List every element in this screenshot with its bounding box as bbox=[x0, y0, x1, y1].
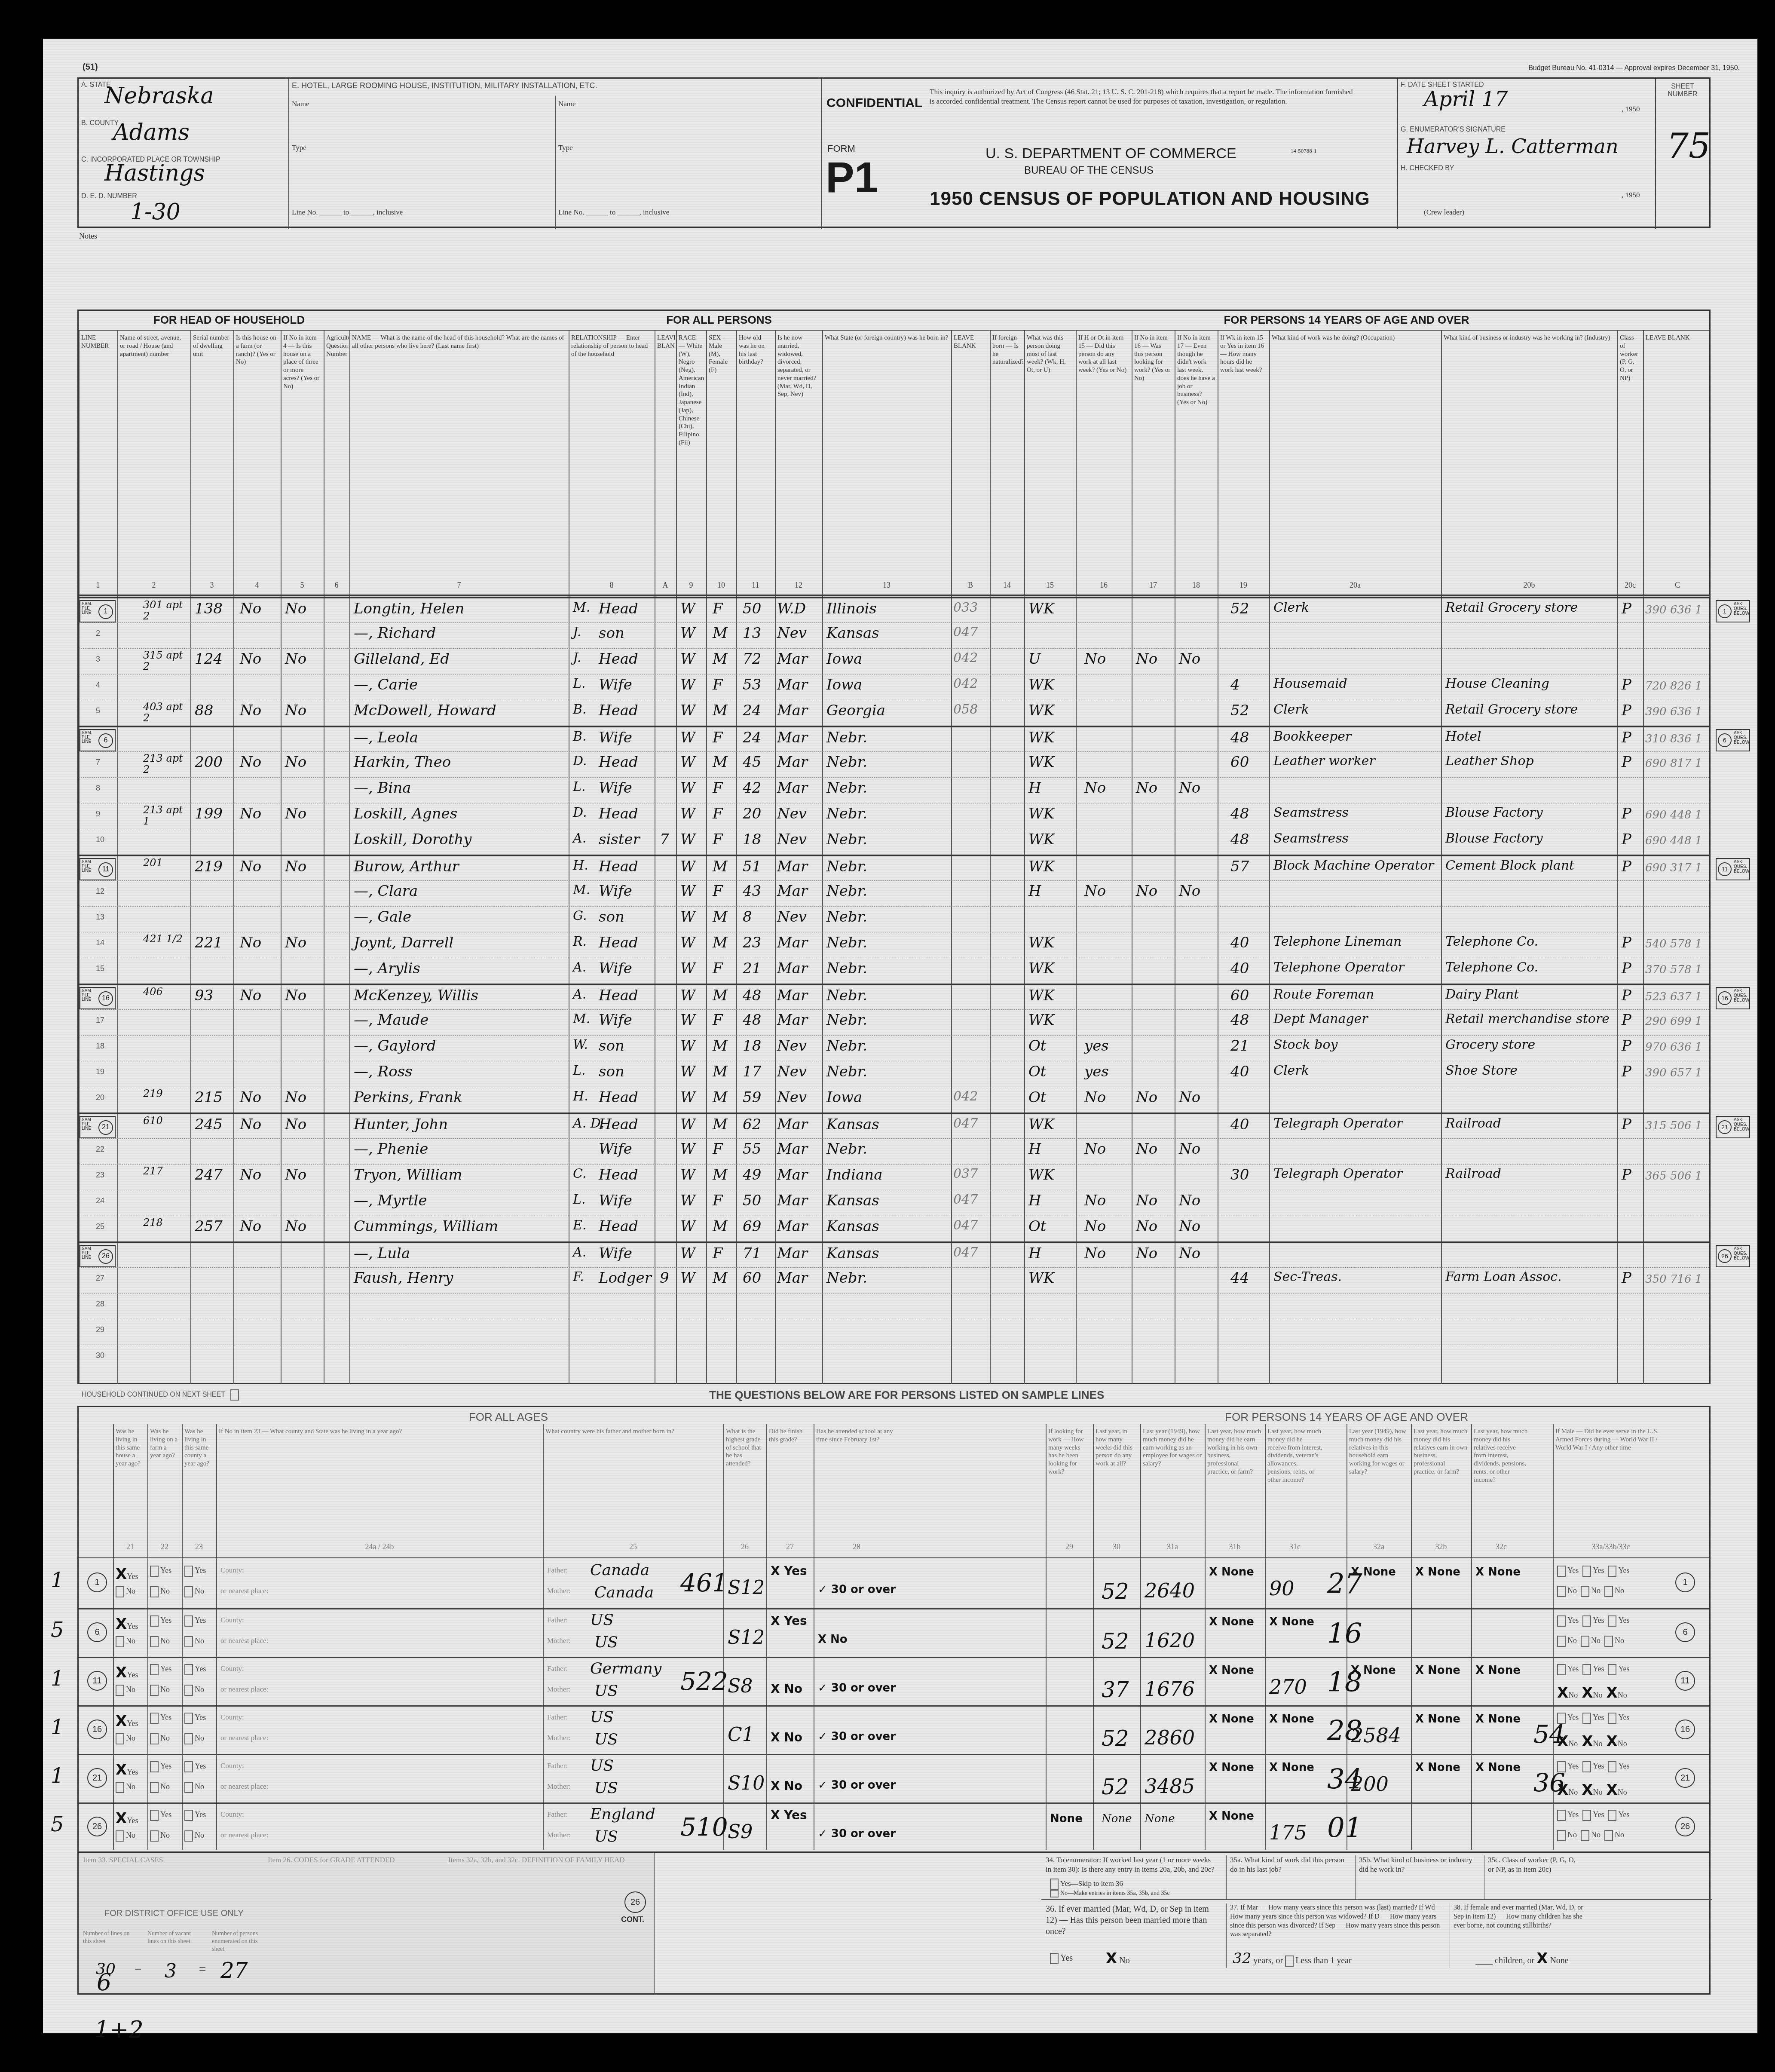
cell-worked[interactable]: No bbox=[1084, 1245, 1106, 1262]
cell-marital[interactable]: Nev bbox=[777, 908, 807, 926]
cell-sex[interactable]: M bbox=[713, 650, 728, 668]
mother-label[interactable]: Mother: bbox=[547, 1830, 571, 1840]
cell-serial[interactable]: 199 bbox=[195, 805, 223, 822]
cell-name[interactable]: —, Gaylord bbox=[354, 1037, 436, 1054]
cell-codes[interactable]: 390 636 1 bbox=[1645, 604, 1702, 616]
cell-activity[interactable]: H bbox=[1028, 883, 1041, 900]
sample-line-row[interactable]: 121XYesNoYesNoYesNoCounty:or nearest pla… bbox=[79, 1754, 1709, 1802]
cell-age[interactable]: 43 bbox=[743, 883, 761, 900]
cell-activity[interactable]: WK bbox=[1028, 1269, 1054, 1287]
cell-marital[interactable]: Mar bbox=[777, 858, 808, 875]
cell-race[interactable]: W bbox=[680, 1116, 695, 1133]
finished-grade-mark[interactable]: X Yes bbox=[771, 1564, 807, 1578]
other-income[interactable]: 270 bbox=[1269, 1675, 1307, 1698]
no-checkbox[interactable]: No bbox=[150, 1830, 170, 1842]
yes-checkbox[interactable]: Yes bbox=[150, 1566, 171, 1577]
cell-relation[interactable]: Head bbox=[599, 600, 638, 617]
cell-race[interactable]: W bbox=[680, 1269, 695, 1287]
cell-activity[interactable]: WK bbox=[1028, 729, 1054, 746]
cell-codes[interactable]: 315 506 1 bbox=[1645, 1119, 1702, 1132]
cell-farm[interactable]: No bbox=[240, 1218, 261, 1235]
cell-initial[interactable]: W. bbox=[573, 1037, 588, 1052]
relatives-other[interactable]: X None bbox=[1475, 1664, 1521, 1677]
cell-race[interactable]: W bbox=[680, 754, 695, 771]
cell-name[interactable]: Cummings, William bbox=[354, 1218, 498, 1235]
armed-forces-checkboxes[interactable]: Yes Yes YesXNo XNo XNo bbox=[1557, 1713, 1669, 1750]
county-label[interactable]: County: bbox=[220, 1615, 244, 1625]
cell-code-b[interactable]: 042 bbox=[953, 1089, 978, 1104]
nearest-place-label[interactable]: or nearest place: bbox=[220, 1733, 268, 1743]
cell-codes[interactable]: 350 716 1 bbox=[1645, 1273, 1702, 1286]
cell-marital[interactable]: Mar bbox=[777, 1140, 808, 1158]
cell-codes[interactable]: 690 317 1 bbox=[1645, 861, 1702, 874]
no-checkbox[interactable]: No bbox=[116, 1586, 135, 1597]
other-income[interactable]: 90 bbox=[1269, 1577, 1295, 1600]
item34-no[interactable]: No—Make entries in items 35a, 35b, and 3… bbox=[1050, 1890, 1170, 1897]
cell-col-a[interactable]: 7 bbox=[660, 831, 669, 848]
cell-hours[interactable]: 60 bbox=[1230, 987, 1249, 1004]
household-continued-checkbox[interactable] bbox=[230, 1389, 239, 1401]
cell-serial[interactable]: 257 bbox=[195, 1218, 223, 1235]
county-label[interactable]: County: bbox=[220, 1664, 244, 1674]
date-started[interactable]: April 17 bbox=[1424, 87, 1508, 111]
cell-worked[interactable]: No bbox=[1084, 1140, 1106, 1158]
cell-occupation[interactable]: Telephone Operator bbox=[1273, 960, 1404, 975]
person-row[interactable]: 15—, ArylisA.WifeWF21MarNebr.WK40Telepho… bbox=[79, 958, 1709, 984]
cell-farm[interactable]: No bbox=[240, 1166, 261, 1183]
cell-sex[interactable]: M bbox=[713, 1166, 728, 1183]
father-birthplace[interactable]: US bbox=[590, 1757, 614, 1775]
cell-codes[interactable]: 690 448 1 bbox=[1645, 834, 1702, 847]
cell-initial[interactable]: F. bbox=[573, 1269, 584, 1284]
cell-class[interactable]: P bbox=[1622, 934, 1631, 951]
cell-industry[interactable]: Shoe Store bbox=[1445, 1063, 1518, 1078]
cell-age[interactable]: 59 bbox=[743, 1089, 761, 1106]
cell-relation[interactable]: Head bbox=[599, 754, 638, 771]
yes-checkbox[interactable]: Yes bbox=[184, 1810, 206, 1821]
cell-age[interactable]: 55 bbox=[743, 1140, 761, 1158]
cell-birthplace[interactable]: Nebr. bbox=[826, 779, 867, 797]
highest-grade[interactable]: S8 bbox=[728, 1675, 753, 1697]
sample-margin-mark[interactable]: 1 bbox=[51, 1715, 64, 1739]
cell-class[interactable]: P bbox=[1622, 1063, 1631, 1080]
cell-name[interactable]: —, Leola bbox=[354, 729, 418, 746]
cell-race[interactable]: W bbox=[680, 1063, 695, 1080]
cell-hours[interactable]: 44 bbox=[1230, 1269, 1249, 1287]
cell-initial[interactable]: G. bbox=[573, 908, 587, 923]
other-income[interactable]: X None bbox=[1269, 1615, 1314, 1628]
item38-none-mark[interactable]: X bbox=[1536, 1950, 1548, 1967]
cell-name[interactable]: —, Richard bbox=[354, 625, 436, 642]
cell-class[interactable]: P bbox=[1622, 754, 1631, 771]
cell-hours[interactable]: 48 bbox=[1230, 831, 1249, 848]
cell-looking[interactable]: No bbox=[1136, 1089, 1157, 1106]
no-checkbox[interactable]: No bbox=[150, 1586, 170, 1597]
cell-sex[interactable]: M bbox=[713, 1116, 728, 1133]
wages-1949[interactable]: 1676 bbox=[1145, 1677, 1195, 1701]
cell-birthplace[interactable]: Iowa bbox=[826, 676, 862, 693]
cell-age[interactable]: 72 bbox=[743, 650, 761, 668]
cell-marital[interactable]: Mar bbox=[777, 883, 808, 900]
cell-birthplace[interactable]: Nebr. bbox=[826, 883, 867, 900]
armed-forces-checkboxes[interactable]: Yes Yes YesNo No No bbox=[1557, 1566, 1669, 1597]
cell-occupation[interactable]: Leather worker bbox=[1273, 754, 1375, 769]
cell-code-b[interactable]: 047 bbox=[953, 1192, 978, 1207]
code-e[interactable]: 510 bbox=[680, 1812, 728, 1842]
cell-occupation[interactable]: Clerk bbox=[1273, 600, 1309, 615]
cell-has-job[interactable]: No bbox=[1179, 1218, 1200, 1235]
cell-hours[interactable]: 40 bbox=[1230, 1063, 1249, 1080]
cell-hours[interactable]: 40 bbox=[1230, 960, 1249, 977]
cell-birthplace[interactable]: Kansas bbox=[826, 625, 879, 642]
cell-worked[interactable]: No bbox=[1084, 883, 1106, 900]
cell-name[interactable]: —, Myrtle bbox=[354, 1192, 427, 1209]
no-checkbox[interactable]: No bbox=[184, 1685, 204, 1696]
no-checkbox[interactable]: No bbox=[150, 1733, 170, 1744]
cell-worked[interactable]: No bbox=[1084, 1218, 1106, 1235]
cell-initial[interactable]: L. bbox=[573, 676, 585, 691]
sample-margin-mark[interactable]: 5 bbox=[51, 1618, 64, 1642]
cell-race[interactable]: W bbox=[680, 1192, 695, 1209]
cell-marital[interactable]: Nev bbox=[777, 1037, 807, 1054]
mother-birthplace[interactable]: US bbox=[594, 1828, 618, 1845]
cell-age[interactable]: 18 bbox=[743, 1037, 761, 1054]
cell-marital[interactable]: Nev bbox=[777, 625, 807, 642]
cell-age[interactable]: 48 bbox=[743, 1011, 761, 1029]
cell-codes[interactable]: 310 836 1 bbox=[1645, 733, 1702, 745]
cell-col-a[interactable]: 9 bbox=[660, 1269, 669, 1287]
item37-answer[interactable]: 32 years, or Less than 1 year bbox=[1233, 1949, 1352, 1968]
cell-birthplace[interactable]: Georgia bbox=[826, 702, 885, 719]
cell-sex[interactable]: M bbox=[713, 1269, 728, 1287]
cell-initial[interactable]: C. bbox=[573, 1166, 586, 1181]
cell-race[interactable]: W bbox=[680, 883, 695, 900]
cell-relation[interactable]: Head bbox=[599, 702, 638, 719]
person-row[interactable]: 22—, PhenieWifeWF55MarNebr.HNoNoNo bbox=[79, 1138, 1709, 1164]
cell-sex[interactable]: M bbox=[713, 1089, 728, 1106]
cell-marital[interactable]: Mar bbox=[777, 1218, 808, 1235]
cell-sex[interactable]: M bbox=[713, 702, 728, 719]
cell-age[interactable]: 17 bbox=[743, 1063, 761, 1080]
cell-class[interactable]: P bbox=[1622, 1116, 1631, 1133]
yes-checkbox[interactable]: Yes bbox=[150, 1761, 171, 1772]
cell-house[interactable]: 201 bbox=[143, 857, 190, 868]
wages-1949[interactable]: 2640 bbox=[1145, 1579, 1195, 1602]
nearest-place-label[interactable]: or nearest place: bbox=[220, 1782, 268, 1791]
cell-marital[interactable]: Mar bbox=[777, 702, 808, 719]
person-row[interactable]: 7213 apt 2200NoNoHarkin, TheoD.HeadWM45M… bbox=[79, 751, 1709, 777]
cell-name[interactable]: Hunter, John bbox=[354, 1116, 448, 1133]
cell-class[interactable]: P bbox=[1622, 987, 1631, 1004]
cell-class[interactable]: P bbox=[1622, 729, 1631, 746]
cell-birthplace[interactable]: Nebr. bbox=[826, 858, 867, 875]
cell-acres[interactable]: No bbox=[285, 858, 306, 875]
cell-class[interactable]: P bbox=[1622, 676, 1631, 693]
code-e[interactable]: 461 bbox=[680, 1568, 728, 1597]
cell-activity[interactable]: WK bbox=[1028, 702, 1054, 719]
cell-name[interactable]: —, Carie bbox=[354, 676, 418, 693]
cell-birthplace[interactable]: Nebr. bbox=[826, 831, 867, 848]
cell-activity[interactable]: Ot bbox=[1028, 1089, 1047, 1106]
finished-grade-mark[interactable]: X Yes bbox=[771, 1808, 807, 1822]
no-checkbox[interactable]: No bbox=[150, 1685, 170, 1696]
cell-farm[interactable]: No bbox=[240, 805, 261, 822]
cell-age[interactable]: 24 bbox=[743, 729, 761, 746]
cell-has-job[interactable]: No bbox=[1179, 1140, 1200, 1158]
item37-years[interactable]: 32 bbox=[1233, 1950, 1251, 1967]
cell-initial[interactable]: J. bbox=[573, 650, 581, 665]
cell-sex[interactable]: F bbox=[713, 779, 723, 797]
cell-activity[interactable]: H bbox=[1028, 1140, 1041, 1158]
cell-industry[interactable]: Grocery store bbox=[1445, 1037, 1535, 1052]
cell-acres[interactable]: No bbox=[285, 754, 306, 771]
yes-checkbox[interactable]: Yes bbox=[184, 1761, 206, 1772]
cell-codes[interactable]: 720 826 1 bbox=[1645, 680, 1702, 693]
person-row[interactable]: SAM-PLELINE21610245NoNoHunter, JohnA. D.… bbox=[79, 1113, 1709, 1138]
cell-industry[interactable]: Blouse Factory bbox=[1445, 805, 1543, 820]
other-income[interactable]: X None bbox=[1269, 1761, 1314, 1774]
person-row[interactable]: 13—, GaleG.sonWM8NevNebr. bbox=[79, 906, 1709, 932]
attended-school-mark[interactable]: ✓ 30 or over bbox=[818, 1730, 896, 1743]
cell-name[interactable]: Perkins, Frank bbox=[354, 1089, 462, 1106]
cell-name[interactable]: Harkin, Theo bbox=[354, 754, 451, 771]
cell-marital[interactable]: Mar bbox=[777, 1245, 808, 1262]
no-checkbox[interactable]: No bbox=[116, 1685, 135, 1696]
cell-marital[interactable]: Mar bbox=[777, 729, 808, 746]
cell-birthplace[interactable]: Nebr. bbox=[826, 1037, 867, 1054]
cell-industry[interactable]: Hotel bbox=[1445, 729, 1481, 744]
cell-relation[interactable]: Wife bbox=[599, 960, 632, 977]
cell-hours[interactable]: 60 bbox=[1230, 754, 1249, 771]
vacant-lines[interactable]: 3 bbox=[165, 1960, 177, 1982]
nearest-place-label[interactable]: or nearest place: bbox=[220, 1636, 268, 1646]
cell-race[interactable]: W bbox=[680, 1011, 695, 1029]
yes-checkbox[interactable]: XYes bbox=[116, 1810, 138, 1827]
father-label[interactable]: Father: bbox=[547, 1810, 568, 1819]
cell-marital[interactable]: Mar bbox=[777, 779, 808, 797]
cell-birthplace[interactable]: Iowa bbox=[826, 650, 862, 668]
wages-1949[interactable]: None bbox=[1145, 1812, 1175, 1825]
cell-acres[interactable]: No bbox=[285, 1089, 306, 1106]
cell-relation[interactable]: Head bbox=[599, 1089, 638, 1106]
cell-acres[interactable]: No bbox=[285, 600, 306, 617]
cell-sex[interactable]: F bbox=[713, 676, 723, 693]
cell-birthplace[interactable]: Nebr. bbox=[826, 805, 867, 822]
cell-race[interactable]: W bbox=[680, 805, 695, 822]
person-row[interactable]: SAM-PLELINE26—, LulaA.WifeWF71MarKansas0… bbox=[79, 1241, 1709, 1267]
cell-age[interactable]: 50 bbox=[743, 600, 761, 617]
cell-class[interactable]: P bbox=[1622, 702, 1631, 719]
cell-birthplace[interactable]: Kansas bbox=[826, 1218, 879, 1235]
cell-code-b[interactable]: 042 bbox=[953, 650, 978, 665]
cell-activity[interactable]: H bbox=[1028, 779, 1041, 797]
cell-has-job[interactable]: No bbox=[1179, 650, 1200, 668]
attended-school-mark[interactable]: ✓ 30 or over bbox=[818, 1583, 896, 1596]
cell-marital[interactable]: Mar bbox=[777, 754, 808, 771]
father-birthplace[interactable]: US bbox=[590, 1708, 614, 1726]
cell-activity[interactable]: Ot bbox=[1028, 1063, 1047, 1080]
cell-race[interactable]: W bbox=[680, 729, 695, 746]
cell-acres[interactable]: No bbox=[285, 1218, 306, 1235]
armed-forces-checkboxes[interactable]: Yes Yes YesNo No No bbox=[1557, 1615, 1669, 1647]
cell-looking[interactable]: No bbox=[1136, 1245, 1157, 1262]
cell-farm[interactable]: No bbox=[240, 1116, 261, 1133]
cell-relation[interactable]: Wife bbox=[599, 676, 632, 693]
cell-activity[interactable]: WK bbox=[1028, 960, 1054, 977]
cell-name[interactable]: —, Ross bbox=[354, 1063, 413, 1080]
cell-codes[interactable]: 540 578 1 bbox=[1645, 938, 1702, 950]
cell-codes[interactable]: 370 578 1 bbox=[1645, 963, 1702, 976]
cell-industry[interactable]: Retail Grocery store bbox=[1445, 600, 1578, 615]
person-row[interactable]: 19—, RossL.sonWM17NevNebr.Otyes40ClerkSh… bbox=[79, 1061, 1709, 1087]
cell-serial[interactable]: 138 bbox=[195, 600, 223, 617]
own-business-income[interactable]: X None bbox=[1209, 1713, 1254, 1726]
father-label[interactable]: Father: bbox=[547, 1713, 568, 1722]
person-row[interactable]: 5403 apt 288NoNoMcDowell, HowardB.HeadWM… bbox=[79, 700, 1709, 726]
cell-relation[interactable]: Head bbox=[599, 805, 638, 822]
cell-age[interactable]: 18 bbox=[743, 831, 761, 848]
relatives-wages[interactable]: 200 bbox=[1351, 1772, 1389, 1796]
cell-activity[interactable]: WK bbox=[1028, 754, 1054, 771]
cell-birthplace[interactable]: Nebr. bbox=[826, 987, 867, 1004]
cell-birthplace[interactable]: Nebr. bbox=[826, 934, 867, 951]
item36-yes[interactable]: Yes bbox=[1050, 1952, 1073, 1964]
cell-sex[interactable]: M bbox=[713, 1063, 728, 1080]
cell-looking[interactable]: No bbox=[1136, 650, 1157, 668]
cell-serial[interactable]: 221 bbox=[195, 934, 223, 951]
no-checkbox[interactable]: No bbox=[116, 1636, 135, 1647]
cell-industry[interactable]: Cement Block plant bbox=[1445, 858, 1574, 873]
cell-acres[interactable]: No bbox=[285, 1166, 306, 1183]
cell-hours[interactable]: 52 bbox=[1230, 600, 1249, 617]
cell-relation[interactable]: Lodger bbox=[599, 1269, 652, 1287]
cell-occupation[interactable]: Block Machine Operator bbox=[1273, 858, 1434, 873]
own-business-income[interactable]: X None bbox=[1209, 1761, 1254, 1774]
no-checkbox[interactable]: No bbox=[184, 1830, 204, 1842]
cell-birthplace[interactable]: Illinois bbox=[826, 600, 877, 617]
own-business-income[interactable]: X None bbox=[1209, 1566, 1254, 1579]
cell-initial[interactable]: M. bbox=[573, 600, 590, 615]
cell-marital[interactable]: Mar bbox=[777, 1269, 808, 1287]
armed-forces-checkboxes[interactable]: Yes Yes YesNo No No bbox=[1557, 1810, 1669, 1841]
attended-school-mark[interactable]: X No bbox=[818, 1633, 848, 1646]
cell-hours[interactable]: 52 bbox=[1230, 702, 1249, 719]
cell-occupation[interactable]: Dept Manager bbox=[1273, 1011, 1368, 1027]
cell-race[interactable]: W bbox=[680, 908, 695, 926]
finished-grade-mark[interactable]: X No bbox=[771, 1682, 802, 1696]
cell-activity[interactable]: WK bbox=[1028, 1011, 1054, 1029]
own-business-income[interactable]: X None bbox=[1209, 1664, 1254, 1677]
nearest-place-label[interactable]: or nearest place: bbox=[220, 1685, 268, 1694]
cell-relation[interactable]: son bbox=[599, 908, 624, 926]
cell-name[interactable]: —, Phenie bbox=[354, 1140, 428, 1158]
cell-activity[interactable]: WK bbox=[1028, 934, 1054, 951]
person-row[interactable]: 30 bbox=[79, 1345, 1709, 1370]
cell-birthplace[interactable]: Kansas bbox=[826, 1192, 879, 1209]
no-checkbox[interactable]: No bbox=[184, 1733, 204, 1744]
mother-label[interactable]: Mother: bbox=[547, 1733, 571, 1743]
cell-marital[interactable]: Mar bbox=[777, 987, 808, 1004]
cell-industry[interactable]: Leather Shop bbox=[1445, 754, 1534, 769]
cell-class[interactable]: P bbox=[1622, 1269, 1631, 1287]
cell-sex[interactable]: F bbox=[713, 805, 723, 822]
cell-worked[interactable]: yes bbox=[1084, 1063, 1109, 1080]
cell-race[interactable]: W bbox=[680, 960, 695, 977]
cell-occupation[interactable]: Telegraph Operator bbox=[1273, 1116, 1403, 1131]
cell-occupation[interactable]: Route Foreman bbox=[1273, 987, 1374, 1002]
highest-grade[interactable]: C1 bbox=[728, 1724, 754, 1746]
cell-code-b[interactable]: 058 bbox=[953, 702, 978, 717]
cell-has-job[interactable]: No bbox=[1179, 779, 1200, 797]
mother-label[interactable]: Mother: bbox=[547, 1586, 571, 1596]
sample-margin-mark[interactable]: 5 bbox=[51, 1812, 64, 1836]
no-checkbox[interactable]: No bbox=[184, 1586, 204, 1597]
cell-marital[interactable]: Mar bbox=[777, 1011, 808, 1029]
cell-house[interactable]: 315 apt 2 bbox=[143, 650, 190, 672]
weeks-worked[interactable]: 52 bbox=[1102, 1629, 1129, 1654]
cell-name[interactable]: —, Clara bbox=[354, 883, 418, 900]
relatives-business[interactable]: X None bbox=[1415, 1566, 1460, 1579]
cell-sex[interactable]: M bbox=[713, 987, 728, 1004]
sample-line-row[interactable]: 526XYesNoYesNoYesNoCounty:or nearest pla… bbox=[79, 1802, 1709, 1851]
cell-birthplace[interactable]: Iowa bbox=[826, 1089, 862, 1106]
attended-school-mark[interactable]: ✓ 30 or over bbox=[818, 1682, 896, 1695]
no-checkbox[interactable]: No bbox=[116, 1830, 135, 1842]
cell-occupation[interactable]: Sec-Treas. bbox=[1273, 1269, 1342, 1284]
item34-yes[interactable]: Yes—Skip to item 36 bbox=[1050, 1879, 1123, 1890]
cell-activity[interactable]: H bbox=[1028, 1192, 1041, 1209]
sample-margin-mark[interactable]: 1 bbox=[51, 1667, 64, 1691]
yes-checkbox[interactable]: Yes bbox=[150, 1713, 171, 1724]
cell-race[interactable]: W bbox=[680, 934, 695, 951]
cell-activity[interactable]: Ot bbox=[1028, 1218, 1047, 1235]
cell-relation[interactable]: son bbox=[599, 1037, 624, 1054]
cell-age[interactable]: 21 bbox=[743, 960, 761, 977]
cell-marital[interactable]: Nev bbox=[777, 805, 807, 822]
cell-looking[interactable]: No bbox=[1136, 779, 1157, 797]
cell-relation[interactable]: Wife bbox=[599, 1192, 632, 1209]
cell-code-b[interactable]: 047 bbox=[953, 1116, 978, 1131]
cell-initial[interactable]: E. bbox=[573, 1218, 586, 1233]
cell-farm[interactable]: No bbox=[240, 1089, 261, 1106]
highest-grade[interactable]: S9 bbox=[728, 1821, 753, 1843]
cell-house[interactable]: 213 apt 1 bbox=[143, 804, 190, 827]
cell-relation[interactable]: Wife bbox=[599, 883, 632, 900]
cell-codes[interactable]: 390 636 1 bbox=[1645, 705, 1702, 718]
state-value[interactable]: Nebraska bbox=[104, 83, 214, 109]
cell-birthplace[interactable]: Nebr. bbox=[826, 1140, 867, 1158]
mother-birthplace[interactable]: US bbox=[594, 1634, 618, 1651]
cell-class[interactable]: P bbox=[1622, 805, 1631, 822]
cell-codes[interactable]: 690 448 1 bbox=[1645, 809, 1702, 821]
cell-relation[interactable]: son bbox=[599, 625, 624, 642]
cell-occupation[interactable]: Housemaid bbox=[1273, 676, 1347, 691]
yes-checkbox[interactable]: XYes bbox=[116, 1664, 138, 1681]
cell-race[interactable]: W bbox=[680, 987, 695, 1004]
cell-codes[interactable]: 690 817 1 bbox=[1645, 757, 1702, 770]
yes-checkbox[interactable]: Yes bbox=[184, 1664, 206, 1675]
attended-school-mark[interactable]: ✓ 30 or over bbox=[818, 1779, 896, 1792]
cell-age[interactable]: 13 bbox=[743, 625, 761, 642]
cell-birthplace[interactable]: Kansas bbox=[826, 1245, 879, 1262]
cell-acres[interactable]: No bbox=[285, 1116, 306, 1133]
nearest-place-label[interactable]: or nearest place: bbox=[220, 1830, 268, 1840]
cell-initial[interactable]: R. bbox=[573, 934, 587, 949]
cell-occupation[interactable]: Clerk bbox=[1273, 702, 1309, 717]
cell-activity[interactable]: WK bbox=[1028, 676, 1054, 693]
cell-farm[interactable]: No bbox=[240, 702, 261, 719]
cell-initial[interactable]: L. bbox=[573, 1063, 585, 1078]
